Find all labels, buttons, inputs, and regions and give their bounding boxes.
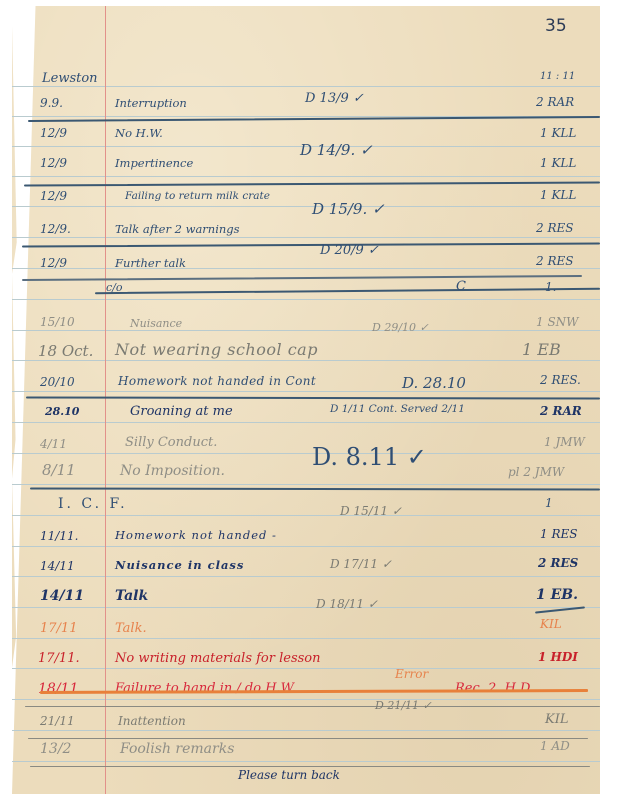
header-name: Lewston [42, 72, 98, 85]
error-note: Error [395, 668, 428, 680]
entry-offence: Homework not handed in Cont [118, 375, 316, 387]
footer-note: Please turn back [238, 769, 340, 781]
carried-over-mark: C [456, 280, 466, 293]
entry-date: 18/11 [38, 682, 78, 696]
entry-detention: D 17/11 ✓ [330, 558, 392, 570]
entry-detention: D 15/9. ✓ [312, 202, 385, 217]
entry-date: 18 Oct. [38, 344, 93, 359]
entry-date: 17/11 [40, 622, 77, 635]
entry-date: 20/10 [40, 376, 75, 388]
entry-code: 1 HDI [538, 651, 578, 663]
entry-code: 1 [545, 497, 553, 509]
entry-offence: Not wearing school cap [115, 342, 318, 358]
entry-offence: Silly Conduct. [125, 436, 217, 449]
entry-offence: Failing to return milk crate [125, 191, 270, 202]
page-number: 35 [545, 16, 567, 36]
entry-detention: D 13/9 ✓ [305, 92, 364, 105]
entry-date: 15/10 [40, 316, 75, 328]
entry-code: 2 RES [536, 222, 573, 234]
entry-date: 28.10 [45, 406, 79, 417]
entry-date: 11/11. [40, 530, 78, 542]
entry-offence: Impertinence [115, 158, 193, 170]
entry-code: 1 AD [540, 740, 570, 752]
entry-code: 1 EB [522, 342, 561, 358]
entry-code: 1 KLL [540, 157, 576, 169]
entry-code: 2 RES. [540, 374, 581, 386]
entry-offence: Groaning at me [130, 405, 233, 418]
entry-code: 1 KLL [540, 127, 576, 139]
entry-detention: D 18/11 ✓ [316, 598, 378, 610]
entry-detention: D 14/9. ✓ [300, 143, 373, 158]
entry-date: 12/9 [40, 257, 67, 269]
entry-code: 2 RES [538, 557, 578, 569]
entry-date: 12/9 [40, 127, 67, 139]
entry-offence: Inattention [118, 715, 186, 727]
entry-code: 1 RES [540, 528, 577, 540]
entry-offence: Talk. [115, 622, 147, 635]
entry-detention: D 15/11 ✓ [340, 505, 402, 517]
entry-date: 9.9. [40, 97, 63, 109]
entry-code: pl 2 JMW [508, 466, 564, 478]
entry-detention: D 20/9 ✓ [320, 244, 379, 257]
entry-code: 2 RAR [536, 96, 574, 108]
entry-offence: Nuisance in class [115, 560, 244, 572]
entry-date: 4/11 [40, 438, 67, 450]
entry-code: 2 RES [536, 255, 573, 267]
entry-offence: Further talk [115, 258, 186, 270]
entry-date: 13/2 [40, 742, 71, 756]
entry-offence: No H.W. [115, 128, 163, 140]
margin-line [105, 6, 106, 794]
entry-code: KIL [545, 713, 568, 726]
entry-offence: Interruption [115, 98, 187, 110]
entry-date: 21/11 [40, 715, 75, 727]
entry-date: 14/11 [40, 589, 84, 603]
entry-detention: D. 28.10 [402, 376, 466, 391]
entry-code: 1 EB. [536, 588, 578, 602]
entry-code: KIL [540, 618, 562, 630]
header-right-mark: 11 : 11 [540, 72, 575, 82]
entry-date: 8/11 [42, 463, 76, 478]
entry-offence: c/o [106, 282, 123, 293]
entry-detention: D 29/10 ✓ [372, 322, 429, 333]
entry-offence: Talk after 2 warnings [115, 224, 240, 236]
entry-offence: No Imposition. [120, 464, 225, 478]
entry-date: 12/9 [40, 190, 67, 202]
entry-detention: D 1/11 Cont. Served 2/11 [330, 404, 465, 415]
entry-offence: No writing materials for lesson [115, 652, 321, 665]
entry-date: 17/11. [38, 652, 80, 665]
entry-offence: Talk [115, 589, 148, 603]
entry-code: 1 KLL [540, 189, 576, 201]
entry-offence: Foolish remarks [120, 742, 234, 756]
entry-code: 1. [545, 281, 556, 293]
entry-detention: D. 8.11 ✓ [312, 445, 427, 469]
entry-date: 12/9. [40, 223, 71, 235]
entry-offence: Nuisance [130, 318, 182, 329]
entry-code: 1 SNW [536, 316, 579, 328]
entry-offence: Homework not handed - [115, 530, 277, 542]
entry-date: 14/11 [40, 560, 75, 572]
entry-code: 2 RAR [540, 405, 582, 417]
notebook-page [12, 6, 600, 794]
entry-date: 12/9 [40, 157, 67, 169]
section-heading: I. C. F. [58, 497, 128, 511]
entry-detention: D 21/11 ✓ [375, 700, 432, 711]
entry-code: 1 JMW [544, 436, 585, 448]
